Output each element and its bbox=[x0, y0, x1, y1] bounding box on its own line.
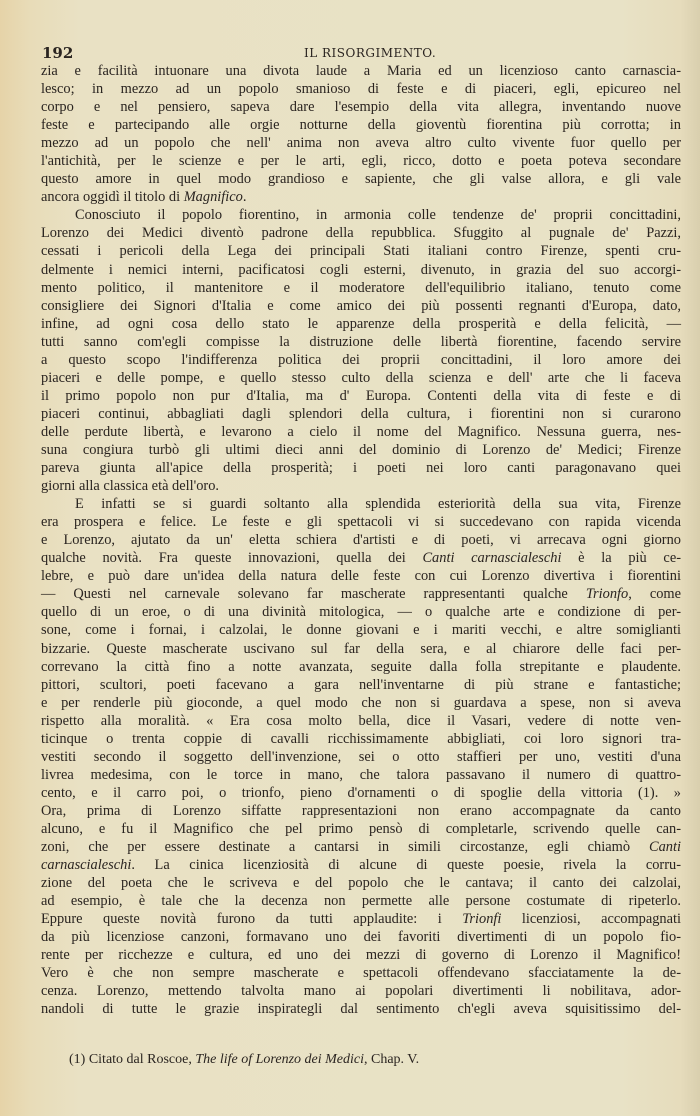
italic-text: Canti bbox=[649, 839, 681, 855]
text-line: vestiti secondo il soggetto dell'invenzi… bbox=[41, 748, 681, 766]
line-text: delmente i nemici interni, pacificatosi … bbox=[41, 262, 681, 278]
line-text: da più licenziose canzoni, formavano uno… bbox=[41, 929, 681, 945]
line-text: qualche novità. Fra queste innovazioni, … bbox=[41, 550, 422, 566]
line-text: lesco; in mezzo ad un popolo smanioso di… bbox=[41, 81, 681, 97]
text-line: pareva giunta all'apice della prosperità… bbox=[41, 459, 681, 477]
text-line: cessati i pericoli della Lega dei princi… bbox=[41, 242, 681, 260]
line-text: giorni alla classica età dell'oro. bbox=[41, 478, 219, 494]
text-line: e per renderle più gioconde, a quel modo… bbox=[41, 694, 681, 712]
italic-text: Trionfi bbox=[462, 911, 501, 927]
line-text: mento politico, il mantenitore e il mode… bbox=[41, 280, 681, 296]
italic-text: Trionfo bbox=[586, 586, 628, 602]
line-text: corpo e nel pensiero, sapeva dare l'esem… bbox=[41, 99, 681, 115]
text-line: zione del poeta che le scriveva e del po… bbox=[41, 874, 681, 892]
text-line: carnascialeschi. La cinica licenziosità … bbox=[41, 856, 681, 874]
text-line: delmente i nemici interni, pacificatosi … bbox=[41, 261, 681, 279]
text-line: ancora oggidì il titolo di Magnifico. bbox=[41, 188, 681, 206]
text-line: delle perdute libertà, e levarono a ciel… bbox=[41, 423, 681, 441]
line-text: licenziosi, accompagnati bbox=[501, 911, 681, 927]
line-text: . La cinica licenziosità di alcune di qu… bbox=[131, 857, 681, 873]
text-line: questo amore in quel modo grandioso e sa… bbox=[41, 170, 681, 188]
line-text: a questo scopo l'indifferenza politica d… bbox=[41, 352, 681, 368]
line-text: piaceri e delle pompe, e quello stesso c… bbox=[41, 370, 681, 386]
text-line: suna congiura turbò gli ultimi dieci ann… bbox=[41, 441, 681, 459]
text-line: Lorenzo dei Medici diventò padrone della… bbox=[41, 224, 681, 242]
text-line: cento, e il carro poi, o trionfo, pieno … bbox=[41, 784, 681, 802]
line-text: vestiti secondo il soggetto dell'invenzi… bbox=[41, 749, 681, 765]
line-text: — Questi nel carnevale solevano far masc… bbox=[41, 586, 586, 602]
text-line: ad esempio, è tale che la decenza non pe… bbox=[41, 892, 681, 910]
text-line: cenza. Lorenzo, mettendo talvolta mano a… bbox=[41, 982, 681, 1000]
line-text: piaceri continui, abbagliati dagli splen… bbox=[41, 406, 681, 422]
footnote: (1) Citato dal Roscoe, The life of Loren… bbox=[69, 1052, 419, 1068]
text-line: Vero è che non sempre mascherate e spett… bbox=[41, 964, 681, 982]
italic-text: Magnifico bbox=[184, 189, 243, 205]
line-text: . bbox=[243, 189, 247, 205]
text-line: E infatti se si guardi soltanto alla spl… bbox=[41, 495, 681, 513]
line-text: cessati i pericoli della Lega dei princi… bbox=[41, 243, 681, 259]
line-text: Vero è che non sempre mascherate e spett… bbox=[41, 965, 681, 981]
page-number: 192 bbox=[42, 44, 73, 62]
line-text: lebre, e può dare un'idea della natura d… bbox=[41, 568, 681, 584]
text-line: nandoli di tutte le grazie inspirategli … bbox=[41, 1000, 681, 1018]
text-line: qualche novità. Fra queste innovazioni, … bbox=[41, 549, 681, 567]
line-text: feste e partecipando alle orgie notturne… bbox=[41, 117, 681, 133]
text-line: — Questi nel carnevale solevano far masc… bbox=[41, 585, 681, 603]
running-title: IL RISORGIMENTO. bbox=[304, 46, 436, 60]
line-text: Ora, prima di Lorenzo siffatte rappresen… bbox=[41, 803, 681, 819]
line-text: livrea medesima, con le torce in mano, c… bbox=[41, 767, 681, 783]
text-line: ticinque o trenta coppie di cavalli ricc… bbox=[41, 730, 681, 748]
text-line: infine, ad ogni cosa dello stato le appa… bbox=[41, 315, 681, 333]
text-line: l'antichità, per le scienze e per le art… bbox=[41, 152, 681, 170]
line-text: sone, come i fornai, i calzolai, le donn… bbox=[41, 622, 681, 638]
line-text: pareva giunta all'apice della prosperità… bbox=[41, 460, 681, 476]
line-text: e Lorenzo, ajutato da un' eletta schiera… bbox=[41, 532, 681, 548]
line-text: bizzarie. Queste mascherate uscivano sul… bbox=[41, 641, 681, 657]
text-line: pittori, scultori, poeti facevano a gara… bbox=[41, 676, 681, 694]
line-text: E infatti se si guardi soltanto alla spl… bbox=[75, 496, 681, 512]
line-text: Lorenzo dei Medici diventò padrone della… bbox=[41, 225, 681, 241]
italic-text: carnascialeschi bbox=[41, 857, 131, 873]
line-text: Eppure queste novità furono da tutti app… bbox=[41, 911, 462, 927]
line-text: ad esempio, è tale che la decenza non pe… bbox=[41, 893, 681, 909]
text-line: lesco; in mezzo ad un popolo smanioso di… bbox=[41, 80, 681, 98]
footnote-reference: , Chap. V. bbox=[364, 1052, 419, 1067]
line-text: zione del poeta che le scriveva e del po… bbox=[41, 875, 681, 891]
text-line: piaceri continui, abbagliati dagli splen… bbox=[41, 405, 681, 423]
line-text: Conosciuto il popolo fiorentino, in armo… bbox=[75, 207, 681, 223]
text-line: zoni, che per essere destinate a cantars… bbox=[41, 838, 681, 856]
text-line: feste e partecipando alle orgie notturne… bbox=[41, 116, 681, 134]
text-line: giorni alla classica età dell'oro. bbox=[41, 477, 681, 495]
line-text: mezzo ad un popolo che nell' anima non a… bbox=[41, 135, 681, 151]
text-line: da più licenziose canzoni, formavano uno… bbox=[41, 928, 681, 946]
text-line: rispetto alla moralità. « Era cosa molto… bbox=[41, 712, 681, 730]
line-text: ancora oggidì il titolo di bbox=[41, 189, 184, 205]
text-line: mento politico, il mantenitore e il mode… bbox=[41, 279, 681, 297]
line-text: e per renderle più gioconde, a quel modo… bbox=[41, 695, 681, 711]
text-line: zia e facilità intuonare una divota laud… bbox=[41, 62, 681, 80]
line-text: cento, e il carro poi, o trionfo, pieno … bbox=[41, 785, 681, 801]
text-line: piaceri e delle pompe, e quello stesso c… bbox=[41, 369, 681, 387]
text-line: quello di un eroe, o di una divinità mit… bbox=[41, 603, 681, 621]
line-text: suna congiura turbò gli ultimi dieci ann… bbox=[41, 442, 681, 458]
text-line: lebre, e può dare un'idea della natura d… bbox=[41, 567, 681, 585]
line-text: era prospera e felice. Le feste e gli sp… bbox=[41, 514, 681, 530]
text-line: corpo e nel pensiero, sapeva dare l'esem… bbox=[41, 98, 681, 116]
text-line: Eppure queste novità furono da tutti app… bbox=[41, 910, 681, 928]
text-line: e Lorenzo, ajutato da un' eletta schiera… bbox=[41, 531, 681, 549]
line-text: cenza. Lorenzo, mettendo talvolta mano a… bbox=[41, 983, 681, 999]
line-text: alcuno, e fu il Magnifico che pel primo … bbox=[41, 821, 681, 837]
line-text: quello di un eroe, o di una divinità mit… bbox=[41, 604, 681, 620]
line-text: ticinque o trenta coppie di cavalli ricc… bbox=[41, 731, 681, 747]
text-line: era prospera e felice. Le feste e gli sp… bbox=[41, 513, 681, 531]
line-text: è la più ce- bbox=[561, 550, 681, 566]
line-text: rispetto alla moralità. « Era cosa molto… bbox=[41, 713, 681, 729]
line-text: consigliere dei Signori d'Italia e come … bbox=[41, 298, 681, 314]
line-text: infine, ad ogni cosa dello stato le appa… bbox=[41, 316, 681, 332]
line-text: , come bbox=[628, 586, 681, 602]
text-line: consigliere dei Signori d'Italia e come … bbox=[41, 297, 681, 315]
line-text: pittori, scultori, poeti facevano a gara… bbox=[41, 677, 681, 693]
line-text: zia e facilità intuonare una divota laud… bbox=[41, 63, 681, 79]
line-text: delle perdute libertà, e levarono a ciel… bbox=[41, 424, 681, 440]
text-line: mezzo ad un popolo che nell' anima non a… bbox=[41, 134, 681, 152]
text-line: correvano la città fino a notte avanzata… bbox=[41, 658, 681, 676]
text-line: a questo scopo l'indifferenza politica d… bbox=[41, 351, 681, 369]
line-text: correvano la città fino a notte avanzata… bbox=[41, 659, 681, 675]
text-line: livrea medesima, con le torce in mano, c… bbox=[41, 766, 681, 784]
text-line: bizzarie. Queste mascherate uscivano sul… bbox=[41, 640, 681, 658]
text-line: tutti sanno com'egli compisse la distruz… bbox=[41, 333, 681, 351]
text-line: rente per ricchezze e cultura, ed uno de… bbox=[41, 946, 681, 964]
line-text: l'antichità, per le scienze e per le art… bbox=[41, 153, 681, 169]
text-line: Conosciuto il popolo fiorentino, in armo… bbox=[41, 206, 681, 224]
line-text: nandoli di tutte le grazie inspirategli … bbox=[41, 1001, 681, 1017]
line-text: il primo popolo non pur d'Italia, ma d' … bbox=[41, 388, 681, 404]
footnote-marker: (1) Citato dal Roscoe, bbox=[69, 1052, 195, 1067]
text-line: sone, come i fornai, i calzolai, le donn… bbox=[41, 621, 681, 639]
body-text: zia e facilità intuonare una divota laud… bbox=[41, 62, 681, 1018]
running-head: 192 IL RISORGIMENTO. bbox=[41, 44, 681, 64]
italic-text: Canti carnascialeschi bbox=[422, 550, 561, 566]
text-line: il primo popolo non pur d'Italia, ma d' … bbox=[41, 387, 681, 405]
line-text: tutti sanno com'egli compisse la distruz… bbox=[41, 334, 681, 350]
footnote-cited-title: The life of Lorenzo dei Medici bbox=[195, 1052, 364, 1067]
line-text: zoni, che per essere destinate a cantars… bbox=[41, 839, 649, 855]
text-line: alcuno, e fu il Magnifico che pel primo … bbox=[41, 820, 681, 838]
line-text: questo amore in quel modo grandioso e sa… bbox=[41, 171, 681, 187]
text-line: Ora, prima di Lorenzo siffatte rappresen… bbox=[41, 802, 681, 820]
line-text: rente per ricchezze e cultura, ed uno de… bbox=[41, 947, 681, 963]
